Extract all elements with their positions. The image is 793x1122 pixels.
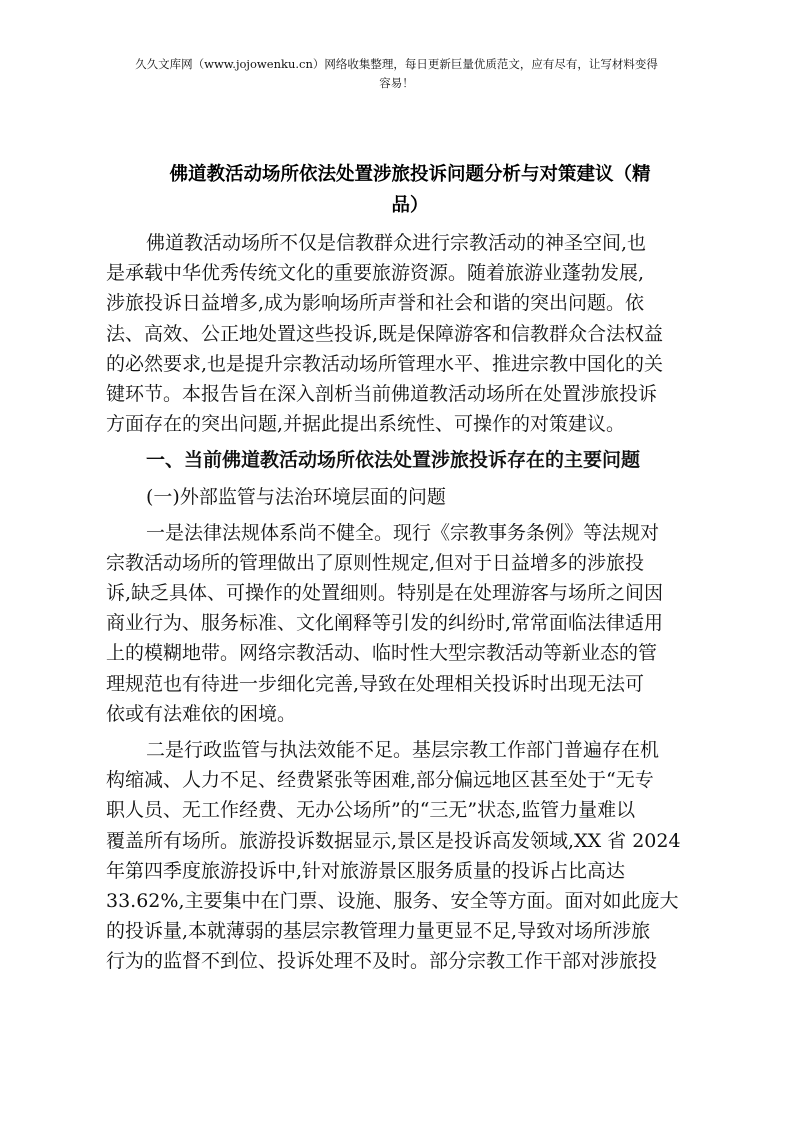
header-line: 久久文库网（www.jojowenku.cn）网络收集整理，每日更新巨量优质范文… <box>60 55 733 74</box>
document-title: 佛道教活动场所依法处置涉旅投诉问题分析与对策建议（精 品） <box>120 159 700 221</box>
text-line: 的投诉量,本就薄弱的基层宗教管理力量更显不足,导致对场所涉旅 <box>106 916 706 946</box>
text-line: 涉旅投诉日益增多,成为影响场所声誉和社会和谐的突出问题。依 <box>106 288 706 318</box>
text-line: 年第四季度旅游投诉中,针对旅游景区服务质量的投诉占比高达 <box>106 856 706 886</box>
site-header-notice: 久久文库网（www.jojowenku.cn）网络收集整理，每日更新巨量优质范文… <box>60 55 733 93</box>
text-line: 诉,缺乏具体、可操作的处置细则。特别是在处理游客与场所之间因 <box>106 578 706 608</box>
text-line: 宗教活动场所的管理做出了原则性规定,但对于日益增多的涉旅投 <box>106 548 706 578</box>
text-line: 33.62%,主要集中在门票、设施、服务、安全等方面。面对如此庞大 <box>106 886 706 916</box>
text-line: 方面存在的突出问题,并据此提出系统性、可操作的对策建议。 <box>106 409 706 439</box>
subsection-heading: (一)外部监管与法治环境层面的问题 <box>106 482 706 512</box>
text-line: 依或有法难依的困境。 <box>106 699 706 729</box>
text-line: 行为的监督不到位、投诉处理不及时。部分宗教工作干部对涉旅投 <box>106 946 706 976</box>
text-line: 是承载中华优秀传统文化的重要旅游资源。随着旅游业蓬勃发展, <box>106 258 706 288</box>
paragraph-administrative-supervision: 二是行政监管与执法效能不足。基层宗教工作部门普遍存在机 构缩减、人力不足、经费紧… <box>106 735 706 977</box>
text-line: 理规范也有待进一步细化完善,导致在处理相关投诉时出现无法可 <box>106 669 706 699</box>
text-line: 上的模糊地带。网络宗教活动、临时性大型宗教活动等新业态的管 <box>106 638 706 668</box>
text-line: 的必然要求,也是提升宗教活动场所管理水平、推进宗教中国化的关 <box>106 349 706 379</box>
text-line: 覆盖所有场所。旅游投诉数据显示,景区是投诉高发领域,XX 省 2024 <box>106 826 706 856</box>
text-line: 佛道教活动场所不仅是信教群众进行宗教活动的神圣空间,也 <box>106 228 706 258</box>
paragraph-intro: 佛道教活动场所不仅是信教群众进行宗教活动的神圣空间,也 是承载中华优秀传统文化的… <box>106 228 706 439</box>
text-line: 键环节。本报告旨在深入剖析当前佛道教活动场所在处置涉旅投诉 <box>106 379 706 409</box>
text-line: 职人员、无工作经费、无办公场所”的“三无”状态,监管力量难以 <box>106 795 706 825</box>
title-line: 品） <box>120 190 700 221</box>
paragraph-legal-framework: 一是法律法规体系尚不健全。现行《宗教事务条例》等法规对 宗教活动场所的管理做出了… <box>106 518 706 729</box>
text-line: 构缩减、人力不足、经费紧张等困难,部分偏远地区甚至处于“无专 <box>106 765 706 795</box>
text-line: 一是法律法规体系尚不健全。现行《宗教事务条例》等法规对 <box>106 518 706 548</box>
title-line: 佛道教活动场所依法处置涉旅投诉问题分析与对策建议（精 <box>120 159 700 190</box>
text-line: 二是行政监管与执法效能不足。基层宗教工作部门普遍存在机 <box>106 735 706 765</box>
text-line: 商业行为、服务标准、文化阐释等引发的纠纷时,常常面临法律适用 <box>106 608 706 638</box>
header-line: 容易！ <box>60 74 733 93</box>
section-heading: 一、当前佛道教活动场所依法处置涉旅投诉存在的主要问题 <box>106 445 706 475</box>
document-body: 佛道教活动场所不仅是信教群众进行宗教活动的神圣空间,也 是承载中华优秀传统文化的… <box>106 228 706 977</box>
document-page: 久久文库网（www.jojowenku.cn）网络收集整理，每日更新巨量优质范文… <box>0 0 793 1122</box>
heading-line: 一、当前佛道教活动场所依法处置涉旅投诉存在的主要问题 <box>106 445 706 475</box>
heading-line: (一)外部监管与法治环境层面的问题 <box>106 482 706 512</box>
text-line: 法、高效、公正地处置这些投诉,既是保障游客和信教群众合法权益 <box>106 319 706 349</box>
